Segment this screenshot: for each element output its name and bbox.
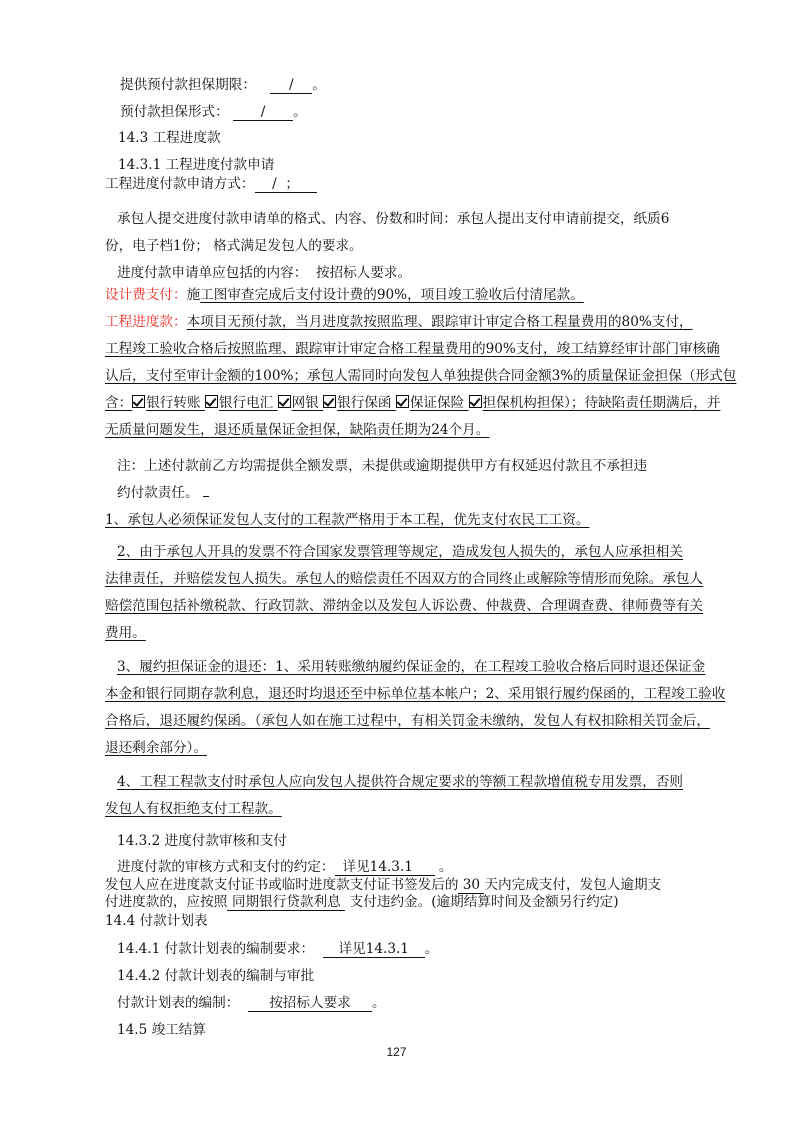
progress-options-line: 含：银行转账 银行电汇 网银 银行保函 保证保险 担保机构担保）；待缺陷责任期满… — [105, 394, 720, 412]
option-guarantee-insurance[interactable]: 保证保险 — [396, 395, 464, 411]
clause-3-line-3: 合格后，退还履约保函。（承包人如在施工过程中，有相关罚金未缴纳，发包人有权扣除相… — [105, 712, 710, 730]
content-label: 进度付款申请单应包括的内容： — [117, 265, 307, 281]
section-14-3-title: 14.3 工程进度款 — [118, 129, 221, 147]
content-line: 进度付款申请单应包括的内容： 按招标人要求。 — [117, 264, 411, 282]
guarantee-period-value: / — [270, 77, 312, 94]
pay-line-1: 发包人应在进度款支付证书或临时进度款支付证书签发后的30天内完成支付，发包人逾期… — [105, 876, 661, 894]
design-fee-line: 设计费支付：施工图审查完成后支付设计费的90%，项目竣工验收后付清尾款。 — [105, 286, 598, 304]
option-online-banking[interactable]: 网银 — [278, 395, 319, 411]
content-value: 按招标人要求。 — [316, 265, 411, 281]
note-line-2: 约付款责任。 — [117, 484, 209, 502]
guarantee-period-line: 提供预付款担保期限： /。 — [120, 76, 326, 94]
checkbox-checked-icon[interactable] — [323, 395, 336, 408]
progress-line-1: 工程进度款：本项目无预付款，当月进度款按照监理、跟踪审计审定合格工程量费用的80… — [105, 313, 693, 331]
apply-method-line: 工程进度付款申请方式：/ ； — [105, 175, 317, 193]
section-14-4-2-title: 14.4.2 付款计划表的编制与审批 — [117, 967, 314, 985]
pay-days: 30 — [458, 877, 484, 894]
submit-format-line-2: 份，电子档1份； 格式满足发包人的要求。 — [105, 237, 363, 255]
review-value: 详见14.3.1 — [335, 859, 435, 876]
clause-3-line-1: 3、履约担保证金的退还：1、采用转账缴纳履约保证金的，在工程竣工验收合格后同时退… — [117, 658, 705, 676]
option-bank-wire[interactable]: 银行电汇 — [205, 395, 273, 411]
section-14-4-title: 14.4 付款计划表 — [105, 912, 208, 930]
clause-3-line-2: 本金和银行同期存款利息，退还时均退还至中标单位基本帐户；2、采用银行履约保函的，… — [105, 685, 725, 703]
clause-3-line-4: 退还剩余部分）。 — [105, 739, 221, 757]
page-number: 127 — [0, 1045, 793, 1059]
clause-4-line-2: 发包人有权拒绝支付工程款。 — [105, 800, 296, 818]
clause-4-line-1: 4、工程工程款支付时承包人应向发包人提供符合规定要求的等额工程款增值税专用发票，… — [117, 773, 683, 791]
compile-value: 按招标人要求 — [248, 995, 372, 1012]
section-14-4-1-label: 14.4.1 付款计划表的编制要求： — [117, 941, 314, 957]
option-bank-guarantee[interactable]: 银行保函 — [323, 395, 391, 411]
checkbox-checked-icon[interactable] — [396, 395, 409, 408]
checkbox-checked-icon[interactable] — [132, 395, 145, 408]
guarantee-form-line: 预付款担保形式： /。 — [120, 103, 307, 121]
section-14-4-1-value: 详见14.3.1 — [323, 941, 425, 958]
clause-1: 1、承包人必须保证发包人支付的工程款严格用于本工程，优先支付农民工工资。 — [105, 511, 605, 529]
pay-rate: 同期银行贷款利息 — [227, 894, 345, 911]
submit-format-line-1: 承包人提交进度付款申请单的格式、内容、份数和时间：承包人提出支付申请前提交，纸质… — [117, 210, 669, 228]
period-end: 。 — [293, 104, 307, 120]
guarantee-form-value: / — [233, 104, 293, 121]
section-14-3-1-title: 14.3.1 工程进度付款申请 — [118, 156, 274, 174]
apply-method-label: 工程进度付款申请方式： — [105, 176, 255, 192]
review-line: 进度付款的审核方式和支付的约定：详见14.3.1 。 — [117, 858, 452, 876]
compile-label: 付款计划表的编制： — [117, 995, 239, 1011]
option-guarantee-agency[interactable]: 担保机构担保 — [469, 395, 565, 411]
review-label: 进度付款的审核方式和支付的约定： — [117, 859, 335, 875]
checkbox-checked-icon[interactable] — [205, 395, 218, 408]
option-bank-transfer[interactable]: 银行转账 — [132, 395, 200, 411]
note-line-1: 注：上述付款前乙方均需提供全额发票，未提供或逾期提供甲方有权延迟付款且不承担违 — [117, 457, 647, 475]
section-14-3-2-title: 14.3.2 进度付款审核和支付 — [117, 832, 287, 850]
apply-method-value: / ； — [255, 176, 317, 193]
checkbox-checked-icon[interactable] — [278, 395, 291, 408]
section-14-4-1-line: 14.4.1 付款计划表的编制要求： 详见14.3.1。 — [117, 940, 438, 958]
clause-2-line-1: 2、由于承包人开具的发票不符合国家发票管理等规定，造成发包人损失的，承包人应承担… — [117, 543, 683, 561]
clause-2-line-4: 费用。 — [105, 624, 158, 642]
period-end: 。 — [312, 77, 326, 93]
clause-2-line-3: 赔偿范围包括补缴税款、行政罚款、滞纳金以及发包人诉讼费、仲裁费、合理调查费、律师… — [105, 597, 703, 615]
guarantee-form-label: 预付款担保形式： — [120, 104, 229, 120]
guarantee-period-label: 提供预付款担保期限： — [120, 77, 256, 93]
compile-line: 付款计划表的编制： 按招标人要求。 — [117, 994, 386, 1012]
checkbox-checked-icon[interactable] — [469, 395, 482, 408]
progress-last-line: 无质量问题发生，退还质量保证金担保，缺陷责任期为24个月。 — [105, 421, 489, 439]
progress-label: 工程进度款： — [105, 314, 187, 330]
section-14-5-title: 14.5 竣工结算 — [117, 1021, 206, 1039]
design-fee-label: 设计费支付： — [105, 287, 187, 303]
progress-line-2: 工程竣工验收合格后按照监理、跟踪审计审定合格工程量费用的90%支付，竣工结算经审… — [105, 340, 720, 358]
clause-2-line-2: 法律责任，并赔偿发包人损失。承包人的赔偿责任不因双方的合同终止或解除等情形而免除… — [105, 570, 703, 588]
pay-line-2: 付进度款的，应按照同期银行贷款利息 支付违约金。(逾期结算时间及金额另行约定) — [105, 893, 619, 911]
progress-line-3: 认后，支付至审计金额的100%；承包人需同时向发包人单独提供合同金额3%的质量保… — [105, 367, 736, 385]
design-fee-text: 工图审查完成后支付设计费的90%，项目竣工验收后付清尾款。 — [200, 287, 598, 303]
